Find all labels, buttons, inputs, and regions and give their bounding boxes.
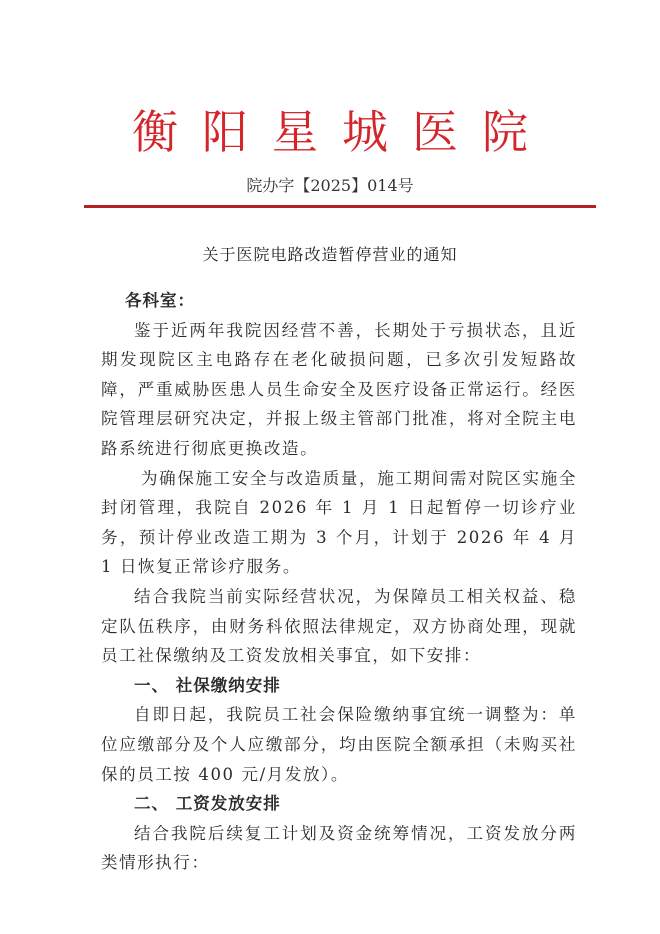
salutation: 各科室： (101, 286, 577, 316)
paragraph-arrangements: 结合我院当前实际经营状况，为保障员工相关权益、稳定队伍秩序，由财务科依照法律规定… (101, 582, 577, 671)
notice-title: 关于医院电路改造暂停营业的通知 (0, 244, 660, 266)
section-text-salary: 结合我院后续复工计划及资金统筹情况，工资发放分两类情形执行： (101, 819, 577, 878)
paragraph-background: 鉴于近两年我院因经营不善，长期处于亏损状态，且近期发现院区主电路存在老化破损问题… (101, 316, 577, 464)
red-header-rule (84, 205, 596, 208)
section-heading-salary: 二、 工资发放安排 (101, 789, 577, 819)
section-text-social-insurance: 自即日起，我院员工社会保险缴纳事宜统一调整为：单位应缴部分及个人应缴部分，均由医… (101, 700, 577, 789)
notice-body: 各科室： 鉴于近两年我院因经营不善，长期处于亏损状态，且近期发现院区主电路存在老… (101, 286, 577, 878)
document-page: 衡阳星城医院 院办字【2025】014号 关于医院电路改造暂停营业的通知 各科室… (0, 0, 660, 934)
paragraph-suspension: 为确保施工安全与改造质量，施工期间需对院区实施全封闭管理，我院自 2026 年 … (101, 464, 577, 582)
org-title: 衡阳星城医院 (0, 102, 660, 162)
section-heading-social-insurance: 一、 社保缴纳安排 (101, 671, 577, 701)
document-number: 院办字【2025】014号 (0, 176, 660, 196)
